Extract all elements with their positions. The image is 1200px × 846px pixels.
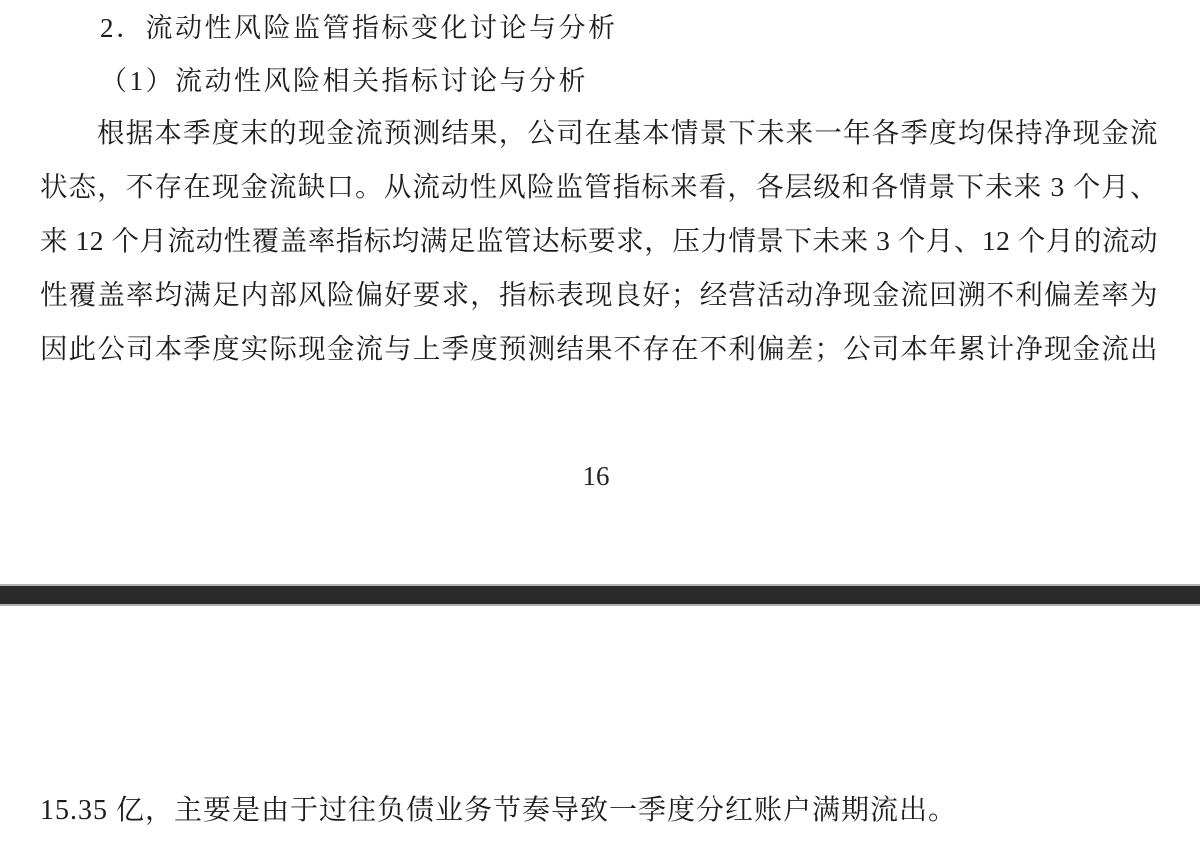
paragraph-line-4: 性覆盖率均满足内部风险偏好要求，指标表现良好；经营活动净现金流回溯不利偏差率为正… bbox=[40, 268, 1158, 322]
paragraph-line-3: 来 12 个月流动性覆盖率指标均满足监管达标要求，压力情景下未来 3 个月、12… bbox=[40, 214, 1158, 268]
page-break-separator bbox=[0, 584, 1200, 606]
section-heading-numbered: 2．流动性风险监管指标变化讨论与分析 bbox=[100, 6, 618, 45]
paragraph-line-1: 根据本季度末的现金流预测结果，公司在基本情景下未来一年各季度均保持净现金流入 bbox=[40, 106, 1158, 160]
section-heading-sub: （1）流动性风险相关指标讨论与分析 bbox=[100, 59, 588, 98]
paragraph-line-2: 状态，不存在现金流缺口。从流动性风险监管指标来看，各层级和各情景下未来 3 个月… bbox=[40, 160, 1158, 214]
page-number-footer: 16 bbox=[0, 461, 1192, 492]
pdf-document-viewport: 2．流动性风险监管指标变化讨论与分析 （1）流动性风险相关指标讨论与分析 根据本… bbox=[0, 0, 1200, 846]
continuation-text-line: 15.35 亿，主要是由于过往负债业务节奏导致一季度分红账户满期流出。 bbox=[40, 794, 1158, 828]
paragraph-line-5: 因此公司本季度实际现金流与上季度预测结果不存在不利偏差；公司本年累计净现金流出 bbox=[40, 322, 1158, 376]
body-paragraph: 根据本季度末的现金流预测结果，公司在基本情景下未来一年各季度均保持净现金流入 状… bbox=[40, 106, 1158, 376]
